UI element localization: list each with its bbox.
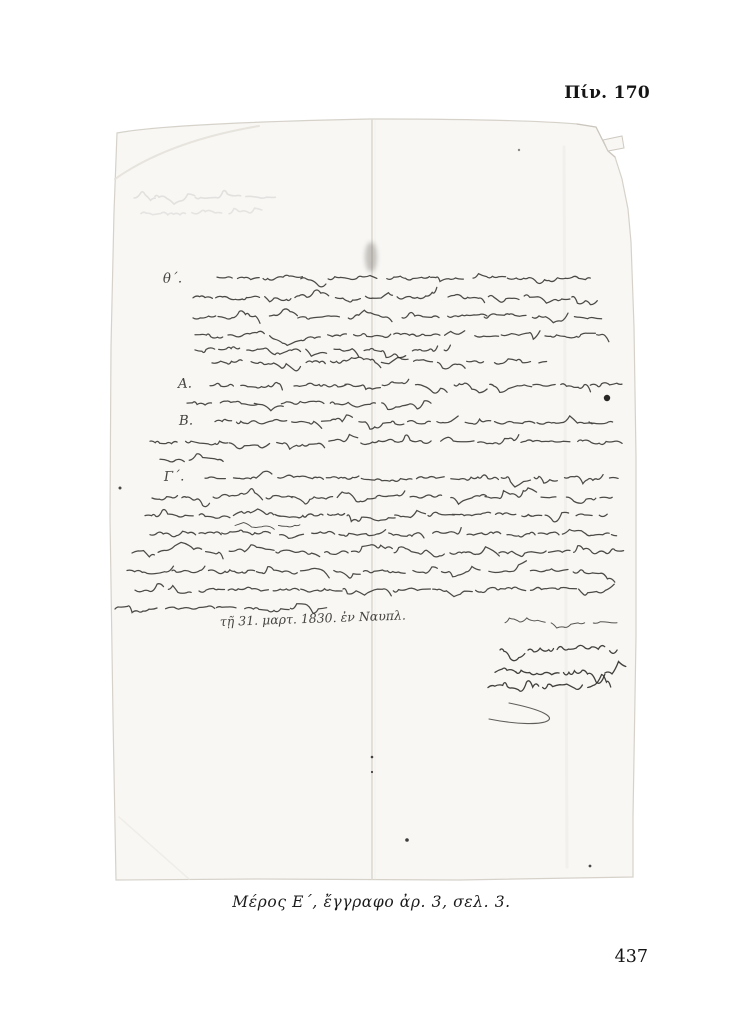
book-page: Πίν. 170 θ΄.Α.Β.Γ΄.τῇ 31. μαρτ. 1830. ἐν…: [0, 0, 743, 1027]
svg-text:θ΄.: θ΄.: [163, 270, 183, 287]
plate-label: Πίν. 170: [564, 83, 650, 103]
page-number: 437: [615, 947, 648, 967]
svg-text:Γ΄.: Γ΄.: [163, 468, 185, 485]
svg-text:Α.: Α.: [176, 376, 193, 393]
manuscript-photo: θ΄.Α.Β.Γ΄.τῇ 31. μαρτ. 1830. ἐν Ναυπλ.: [109, 117, 637, 883]
figure-caption: Μέρος Ε΄, ἔγγραφο ἀρ. 3, σελ. 3.: [0, 893, 743, 911]
manuscript-image: θ΄.Α.Β.Γ΄.τῇ 31. μαρτ. 1830. ἐν Ναυπλ.: [109, 117, 637, 883]
svg-text:Β.: Β.: [178, 413, 194, 430]
